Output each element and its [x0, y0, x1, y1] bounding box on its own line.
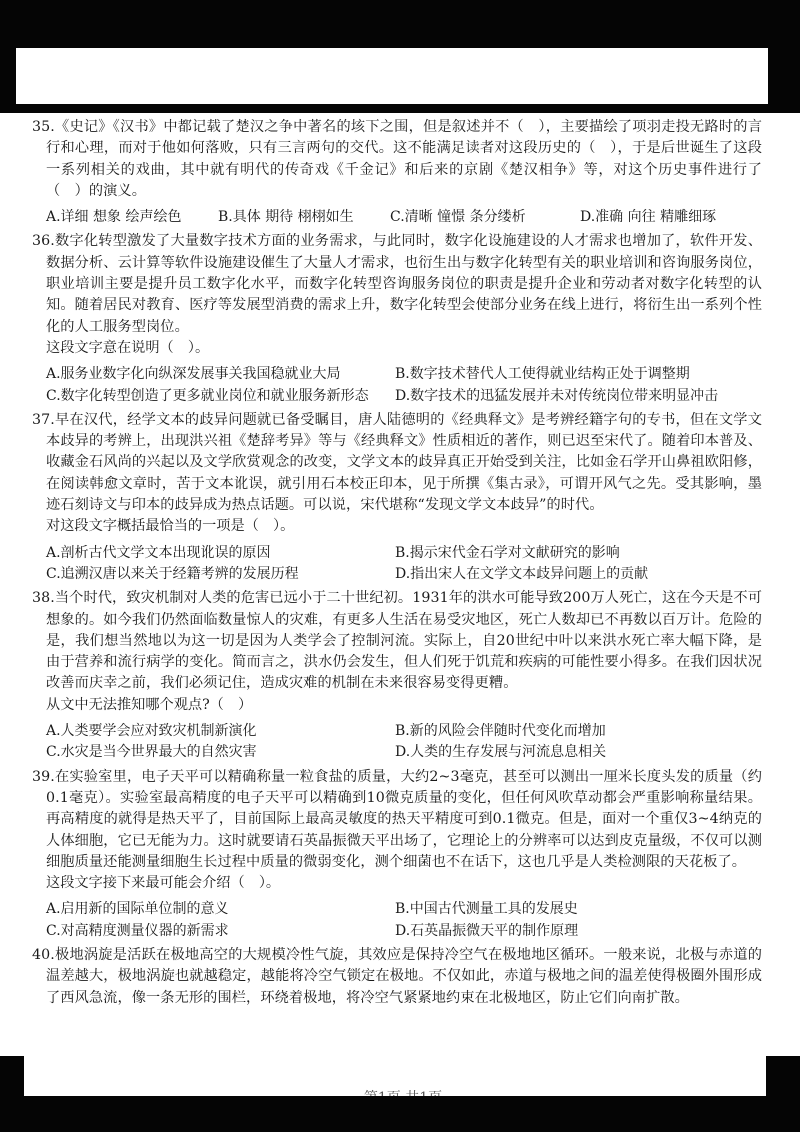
question-number: 36.	[32, 233, 55, 249]
question-number: 39.	[32, 769, 55, 785]
option-d[interactable]: D.石英晶振微天平的制作原理	[395, 921, 755, 942]
option-b[interactable]: B.具体 期待 栩栩如生	[218, 207, 390, 228]
option-d[interactable]: D.准确 向往 精雕细琢	[580, 207, 716, 228]
passage: 极地涡旋是活跃在极地高空的大规模冷性气旋，其效应是保持冷空气在极地地区循环。一般…	[46, 947, 762, 1006]
option-d[interactable]: D.人类的生存发展与河流息息相关	[395, 742, 755, 763]
option-b[interactable]: B.数字技术替代人工使得就业结构正处于调整期	[395, 364, 755, 385]
question-37: 37.早在汉代，经学文本的歧异问题就已备受瞩目，唐人陆德明的《经典释文》是考辨经…	[32, 410, 762, 585]
passage: 早在汉代，经学文本的歧异问题就已备受瞩目，唐人陆德明的《经典释文》是考辨经籍字句…	[46, 412, 762, 513]
question-number: 35.	[32, 119, 55, 135]
option-d[interactable]: D.指出宋人在文学文本歧异问题上的贡献	[395, 564, 755, 585]
options: A.人类要学会应对致灾机制新演化 B.新的风险会伴随时代变化而增加 C.水灾是当…	[32, 721, 762, 764]
page-number: 第1页 共1页	[358, 1088, 448, 1096]
question-text: 40.极地涡旋是活跃在极地高空的大规模冷性气旋，其效应是保持冷空气在极地地区循环…	[32, 945, 762, 1009]
question-text: 35.《史记》《汉书》中都记载了楚汉之争中著名的垓下之围，但是叙述并不（ ），主…	[32, 117, 762, 202]
options: A.详细 想象 绘声绘色 B.具体 期待 栩栩如生 C.清晰 憧憬 条分缕析 D…	[32, 207, 762, 228]
question-35: 35.《史记》《汉书》中都记载了楚汉之争中著名的垓下之围，但是叙述并不（ ），主…	[32, 117, 762, 228]
option-c[interactable]: C.水灾是当今世界最大的自然灾害	[46, 742, 395, 763]
passage: 当个时代，致灾机制对人类的危害已远小于二十世纪初。1931年的洪水可能导致200…	[46, 590, 762, 691]
question-40: 40.极地涡旋是活跃在极地高空的大规模冷性气旋，其效应是保持冷空气在极地地区循环…	[32, 945, 762, 1009]
question-text: 39.在实验室里，电子天平可以精确称量一粒食盐的质量，大约2~3毫克，甚至可以测…	[32, 767, 762, 873]
option-b[interactable]: B.中国古代测量工具的发展史	[395, 899, 755, 920]
question-text: 36.数字化转型激发了大量数字技术方面的业务需求，与此同时，数字化设施建设的人才…	[32, 231, 762, 337]
passage: 在实验室里，电子天平可以精确称量一粒食盐的质量，大约2~3毫克，甚至可以测出一厘…	[46, 769, 762, 870]
question-38: 38.当个时代，致灾机制对人类的危害已远小于二十世纪初。1931年的洪水可能导致…	[32, 588, 762, 763]
question-text: 37.早在汉代，经学文本的歧异问题就已备受瞩目，唐人陆德明的《经典释文》是考辨经…	[32, 410, 762, 516]
passage: 《史记》《汉书》中都记载了楚汉之争中著名的垓下之围，但是叙述并不（ ），主要描绘…	[46, 119, 762, 199]
option-c[interactable]: C.追溯汉唐以来关于经籍考辨的发展历程	[46, 564, 395, 585]
question-prompt: 对这段文字概括最恰当的一项是（ ）。	[32, 516, 762, 537]
question-number: 40.	[32, 947, 55, 963]
question-prompt: 这段文字意在说明（ ）。	[32, 338, 762, 359]
option-a[interactable]: A.人类要学会应对致灾机制新演化	[46, 721, 395, 742]
passage: 数字化转型激发了大量数字技术方面的业务需求，与此同时，数字化设施建设的人才需求也…	[46, 233, 762, 334]
question-prompt: 这段文字接下来最可能会介绍（ ）。	[32, 873, 762, 894]
question-number: 37.	[32, 412, 55, 428]
blank-header-area	[16, 48, 768, 104]
option-c[interactable]: C.对高精度测量仪器的新需求	[46, 921, 395, 942]
question-39: 39.在实验室里，电子天平可以精确称量一粒食盐的质量，大约2~3毫克，甚至可以测…	[32, 767, 762, 942]
option-c[interactable]: C.清晰 憧憬 条分缕析	[390, 207, 580, 228]
option-b[interactable]: B.新的风险会伴随时代变化而增加	[395, 721, 755, 742]
question-36: 36.数字化转型激发了大量数字技术方面的业务需求，与此同时，数字化设施建设的人才…	[32, 231, 762, 406]
option-a[interactable]: A.详细 想象 绘声绘色	[46, 207, 218, 228]
options: A.服务业数字化向纵深发展事关我国稳就业大局 B.数字技术替代人工使得就业结构正…	[32, 364, 762, 407]
question-number: 38.	[32, 590, 55, 606]
option-a[interactable]: A.剖析古代文学文本出现讹误的原因	[46, 543, 395, 564]
option-a[interactable]: A.启用新的国际单位制的意义	[46, 899, 395, 920]
options: A.启用新的国际单位制的意义 B.中国古代测量工具的发展史 C.对高精度测量仪器…	[32, 899, 762, 942]
options: A.剖析古代文学文本出现讹误的原因 B.揭示宋代金石学对文献研究的影响 C.追溯…	[32, 543, 762, 586]
exam-content: 35.《史记》《汉书》中都记载了楚汉之争中著名的垓下之围，但是叙述并不（ ），主…	[32, 117, 762, 1009]
question-prompt: 从文中无法推知哪个观点?（ ）	[32, 695, 762, 716]
option-a[interactable]: A.服务业数字化向纵深发展事关我国稳就业大局	[46, 364, 395, 385]
option-b[interactable]: B.揭示宋代金石学对文献研究的影响	[395, 543, 755, 564]
option-d[interactable]: D.数字技术的迅猛发展并未对传统岗位带来明显冲击	[395, 386, 755, 407]
option-c[interactable]: C.数字化转型创造了更多就业岗位和就业服务新形态	[46, 386, 395, 407]
question-text: 38.当个时代，致灾机制对人类的危害已远小于二十世纪初。1931年的洪水可能导致…	[32, 588, 762, 694]
